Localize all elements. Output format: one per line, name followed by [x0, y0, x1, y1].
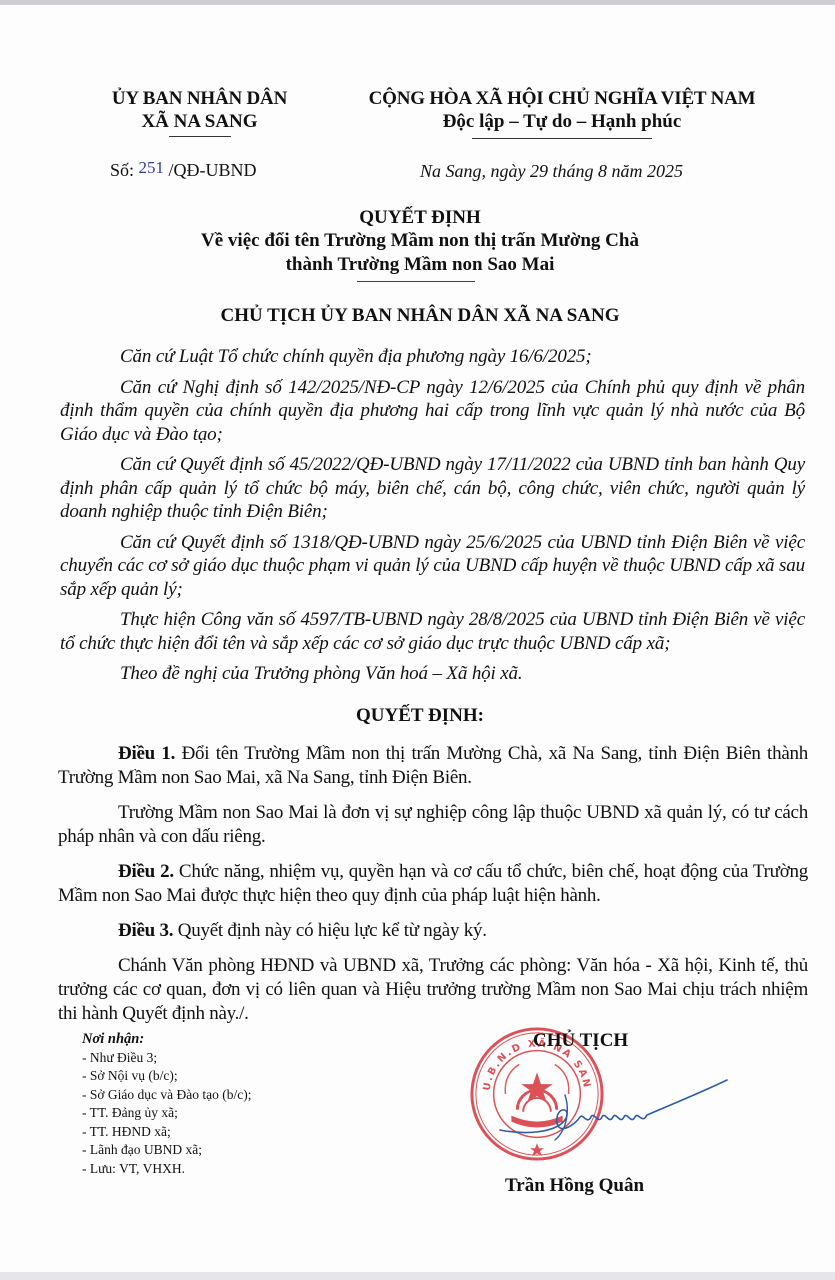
recipient-item: - Sở Giáo dục và Đào tạo (b/c);	[82, 1086, 251, 1105]
number-value: 251	[139, 158, 165, 177]
title-underline	[357, 281, 475, 282]
motto-underline	[472, 138, 652, 139]
agency-name-line2: XÃ NA SANG	[92, 110, 307, 133]
recipient-item: - TT. HĐND xã;	[82, 1123, 251, 1142]
legal-basis: Theo đề nghị của Trưởng phòng Văn hoá – …	[60, 662, 805, 686]
national-motto: Độc lập – Tự do – Hạnh phúc	[352, 110, 772, 133]
recipient-item: - TT. Đảng ủy xã;	[82, 1104, 251, 1123]
article-label: Điều 1.	[118, 743, 175, 764]
document-page: ỦY BAN NHÂN DÂN XÃ NA SANG CỘNG HÒA XÃ H…	[0, 0, 835, 1280]
article-2: Điều 2. Chức năng, nhiệm vụ, quyền hạn v…	[58, 860, 808, 908]
recipient-item: - Lưu: VT, VHXH.	[82, 1160, 251, 1179]
signatory-title: CHỦ TỊCH	[533, 1030, 628, 1052]
recipient-item: - Như Điều 3;	[82, 1049, 251, 1068]
article-text: Trường Mầm non Sao Mai là đơn vị sự nghi…	[58, 802, 808, 847]
bottom-edge-bar	[0, 1272, 835, 1280]
issuing-authority: CHỦ TỊCH ỦY BAN NHÂN DÂN XÃ NA SANG	[100, 305, 740, 327]
agency-name-line1: ỦY BAN NHÂN DÂN	[92, 88, 307, 110]
recipient-item: - Sở Nội vụ (b/c);	[82, 1067, 251, 1086]
place-date: Na Sang, ngày 29 tháng 8 năm 2025	[420, 161, 683, 182]
legal-bases: Căn cứ Luật Tổ chức chính quyền địa phươ…	[60, 345, 805, 693]
legal-basis: Căn cứ Quyết định số 45/2022/QĐ-UBND ngà…	[60, 453, 805, 524]
legal-basis: Căn cứ Quyết định số 1318/QĐ-UBND ngày 2…	[60, 531, 805, 602]
number-suffix: /QĐ-UBND	[169, 160, 257, 180]
article-text: Chánh Văn phòng HĐND và UBND xã, Trưởng …	[58, 955, 808, 1024]
articles: Điều 1. Đổi tên Trường Mầm non thị trấn …	[58, 742, 808, 1037]
article-3-clause: Chánh Văn phòng HĐND và UBND xã, Trưởng …	[58, 954, 808, 1026]
agency-header: ỦY BAN NHÂN DÂN XÃ NA SANG	[92, 88, 307, 137]
agency-underline	[169, 136, 231, 137]
title-subject-line1: Về việc đổi tên Trường Mầm non thị trấn …	[100, 229, 740, 253]
article-text: Quyết định này có hiệu lực kể từ ngày ký…	[173, 920, 487, 941]
number-prefix: Số:	[110, 160, 134, 180]
legal-basis: Căn cứ Nghị định số 142/2025/NĐ-CP ngày …	[60, 376, 805, 447]
handwritten-signature-icon	[495, 1075, 730, 1145]
document-number: Số: 251 /QĐ-UBND	[110, 160, 257, 181]
article-1: Điều 1. Đổi tên Trường Mầm non thị trấn …	[58, 742, 808, 790]
article-label: Điều 2.	[118, 861, 174, 882]
recipients-list: Nơi nhận: - Như Điều 3; - Sở Nội vụ (b/c…	[82, 1030, 251, 1178]
article-3: Điều 3. Quyết định này có hiệu lực kể từ…	[58, 919, 808, 943]
legal-basis: Thực hiện Công văn số 4597/TB-UBND ngày …	[60, 608, 805, 655]
country-name: CỘNG HÒA XÃ HỘI CHỦ NGHĨA VIỆT NAM	[352, 88, 772, 110]
recipient-item: - Lãnh đạo UBND xã;	[82, 1141, 251, 1160]
title-main: QUYẾT ĐỊNH	[100, 206, 740, 229]
national-header: CỘNG HÒA XÃ HỘI CHỦ NGHĨA VIỆT NAM Độc l…	[352, 88, 772, 139]
legal-basis: Căn cứ Luật Tổ chức chính quyền địa phươ…	[60, 345, 805, 369]
decision-heading: QUYẾT ĐỊNH:	[100, 705, 740, 727]
article-label: Điều 3.	[118, 920, 173, 941]
signatory-name: Trần Hồng Quân	[505, 1175, 644, 1197]
document-title: QUYẾT ĐỊNH Về việc đổi tên Trường Mầm no…	[100, 206, 740, 282]
article-1-clause: Trường Mầm non Sao Mai là đơn vị sự nghi…	[58, 801, 808, 849]
recipients-label: Nơi nhận:	[82, 1030, 251, 1049]
title-subject-line2: thành Trường Mầm non Sao Mai	[100, 253, 740, 277]
